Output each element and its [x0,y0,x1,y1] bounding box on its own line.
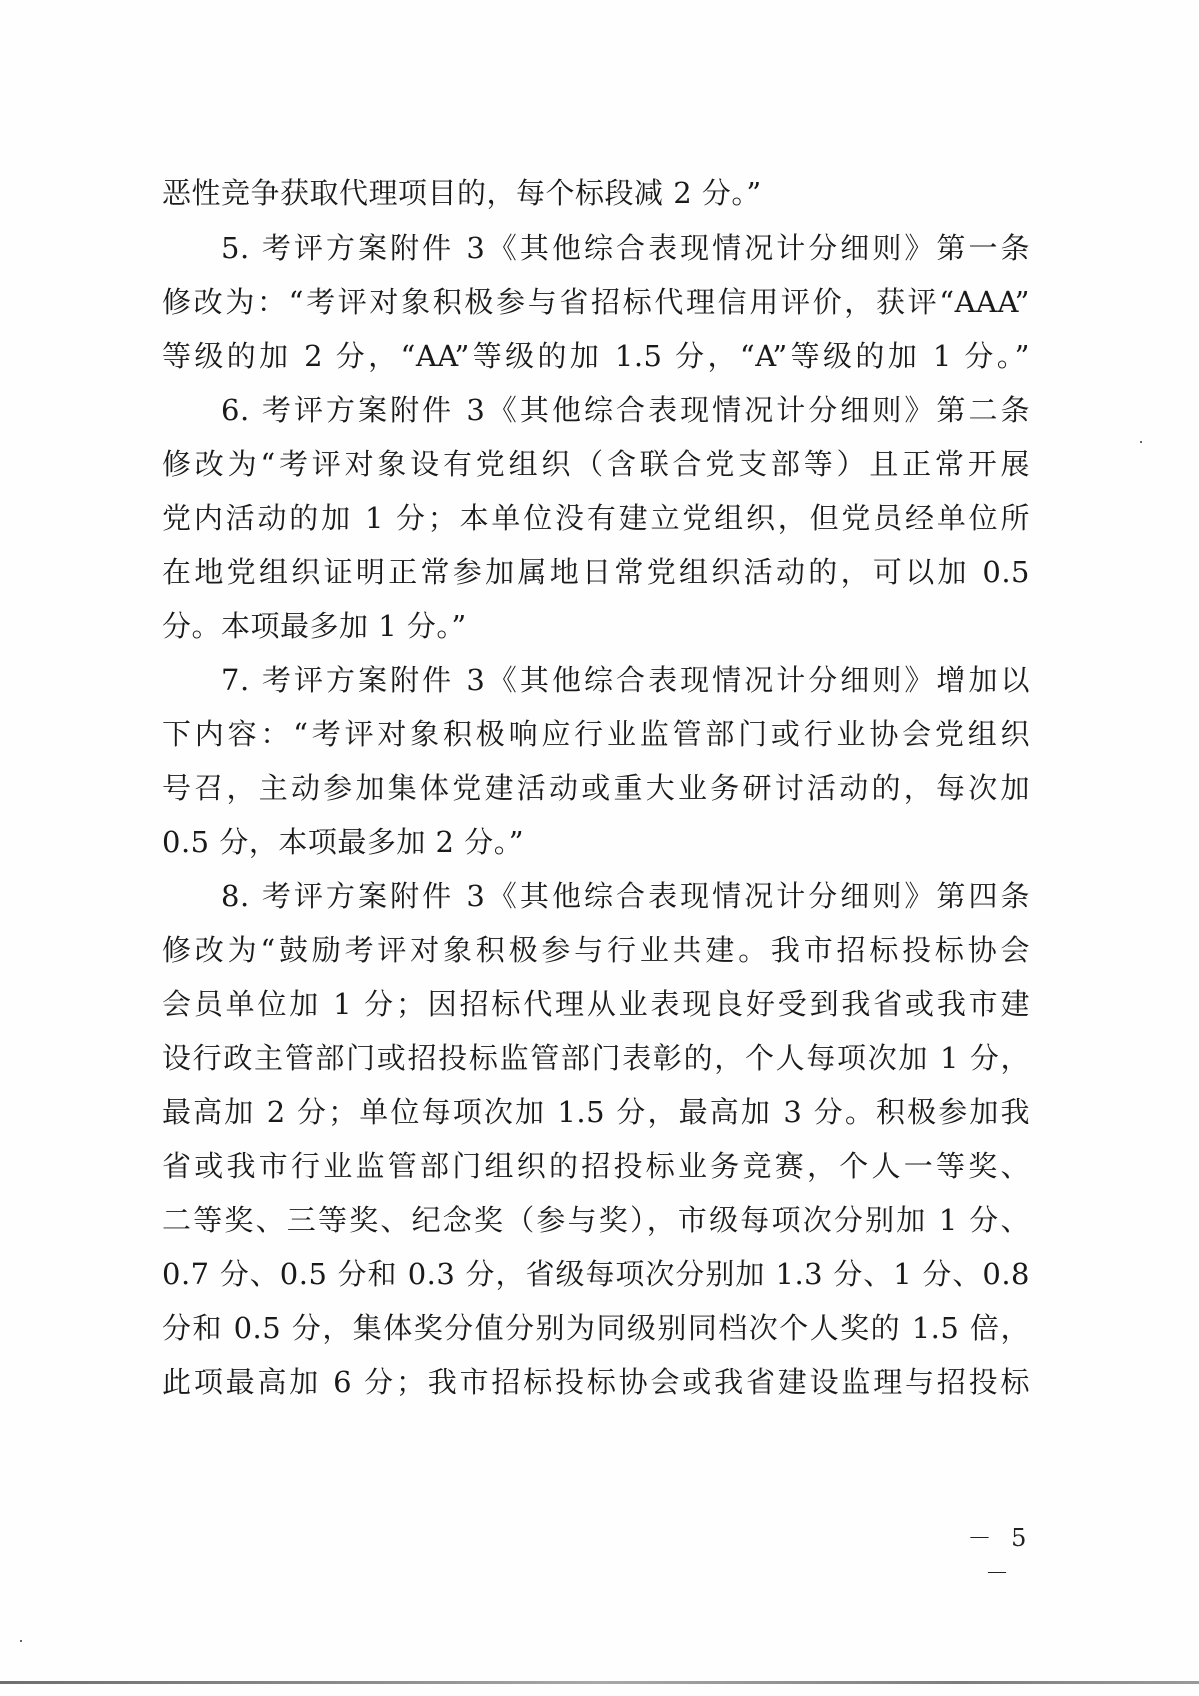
scan-edge [0,1681,1199,1684]
scan-speck [20,1640,22,1642]
scan-speck [1140,441,1142,443]
text-line: 分。本项最多加 1 分。” [162,606,1030,646]
text-line: 二等奖、三等奖、纪念奖（参与奖），市级每项次分别加 1 分、 [162,1200,1030,1240]
paragraph-6-heading: 6. 考评方案附件 3《其他综合表现情况计分细则》第二条 [221,390,1030,430]
text-line: 号召，主动参加集体党建活动或重大业务研讨活动的，每次加 [162,768,1030,808]
text-line: 省或我市行业监管部门组织的招投标业务竞赛，个人一等奖、 [162,1146,1030,1186]
text-line: 党内活动的加 1 分；本单位没有建立党组织，但党员经单位所 [162,498,1030,538]
text-line: 修改为“考评对象设有党组织（含联合党支部等）且正常开展 [162,444,1030,484]
text-line: 0.7 分、0.5 分和 0.3 分，省级每项次分别加 1.3 分、1 分、0.… [162,1254,1030,1294]
text-line: 修改为“鼓励考评对象积极参与行业共建。我市招标投标协会 [162,930,1030,970]
text-line: 等级的加 2 分，“AA”等级的加 1.5 分，“A”等级的加 1 分。” [162,336,1030,376]
text-line: 修改为：“考评对象积极参与省招标代理信用评价，获评“AAA” [162,282,1030,322]
paragraph-7-heading: 7. 考评方案附件 3《其他综合表现情况计分细则》增加以 [221,660,1030,700]
text-line: 下内容：“考评对象积极响应行业监管部门或行业协会党组织 [162,714,1030,754]
text-line: 此项最高加 6 分；我市招标投标协会或我省建设监理与招投标 [162,1362,1030,1402]
text-line: 设行政主管部门或招投标监管部门表彰的，个人每项次加 1 分， [162,1038,1030,1078]
document-page: 恶性竞争获取代理项目的，每个标段减 2 分。” 5. 考评方案附件 3《其他综合… [0,0,1199,1696]
paragraph-8-heading: 8. 考评方案附件 3《其他综合表现情况计分细则》第四条 [221,876,1030,916]
text-line: 恶性竞争获取代理项目的，每个标段减 2 分。” [162,173,1030,213]
text-line: 在地党组织证明正常参加属地日常党组织活动的，可以加 0.5 [162,552,1030,592]
text-line: 0.5 分，本项最多加 2 分。” [162,822,1030,862]
text-line: 最高加 2 分；单位每项次加 1.5 分，最高加 3 分。积极参加我 [162,1092,1030,1132]
paragraph-5-heading: 5. 考评方案附件 3《其他综合表现情况计分细则》第一条 [221,228,1030,268]
text-line: 分和 0.5 分，集体奖分值分别为同级别同档次个人奖的 1.5 倍， [162,1308,1030,1348]
page-number: － 5 － [960,1518,1040,1588]
text-line: 会员单位加 1 分；因招标代理从业表现良好受到我省或我市建 [162,984,1030,1024]
